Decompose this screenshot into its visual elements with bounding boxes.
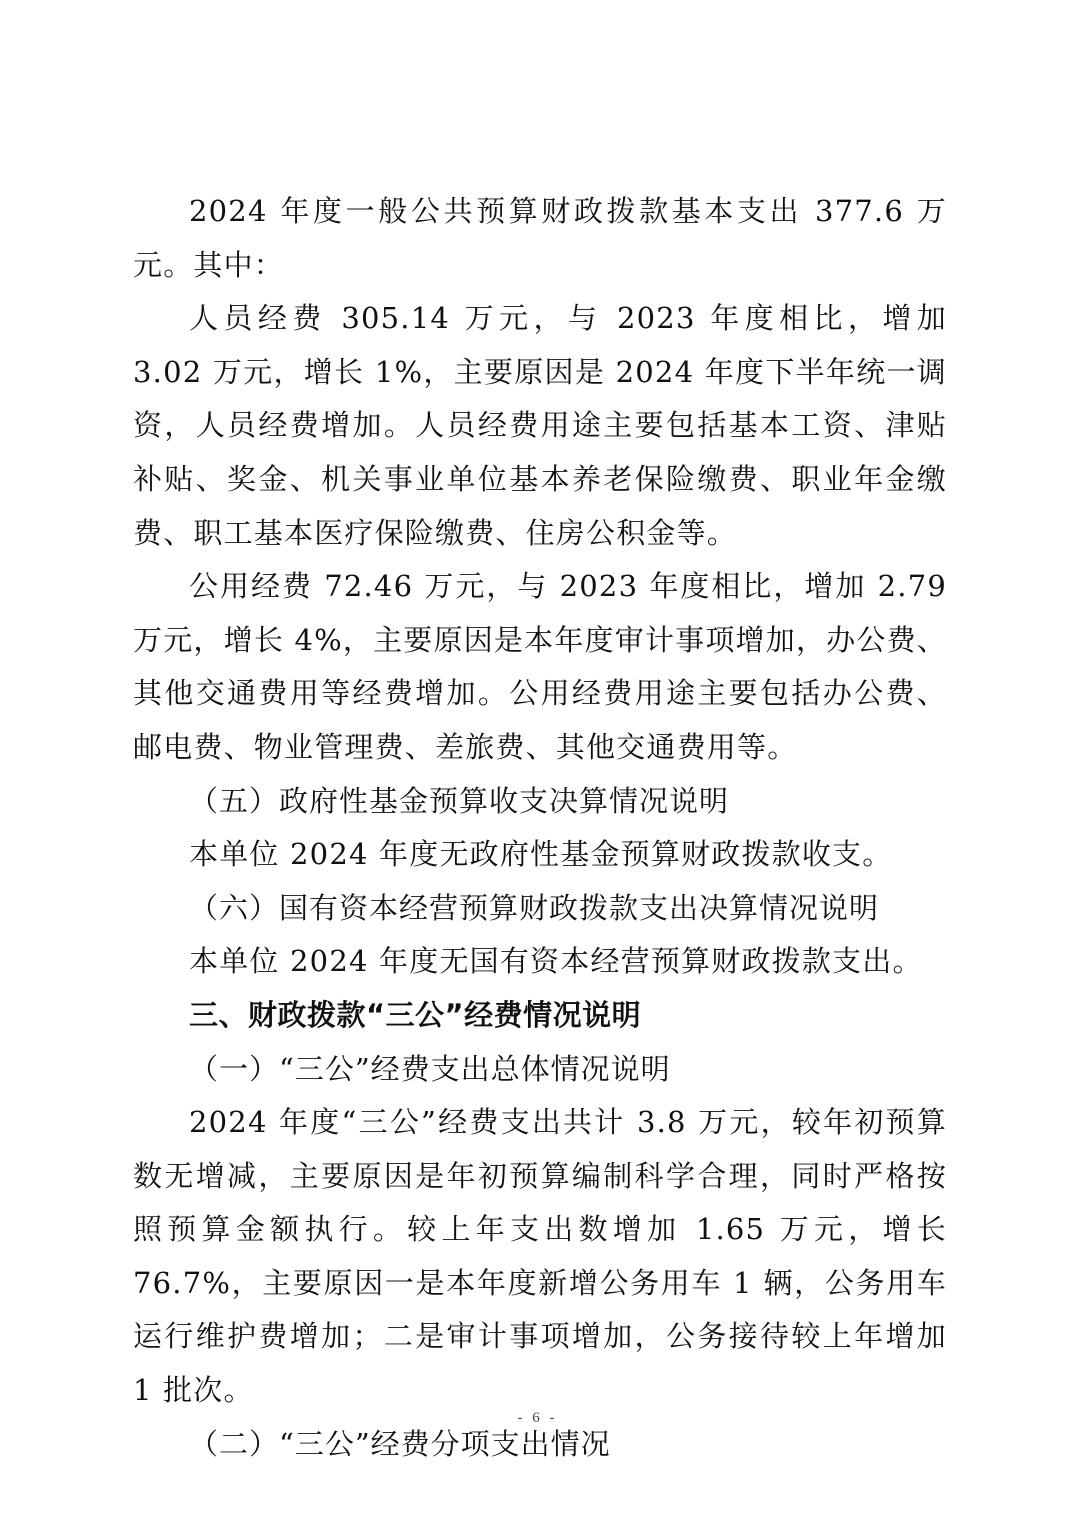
paragraph-government-fund: 本单位 2024 年度无政府性基金预算财政拨款收支。 (133, 828, 947, 882)
paragraph-state-capital: 本单位 2024 年度无国有资本经营预算财政拨款支出。 (133, 935, 947, 989)
document-page: 2024 年度一般公共预算财政拨款基本支出 377.6 万元。其中： 人员经费 … (0, 0, 1075, 1520)
document-body: 2024 年度一般公共预算财政拨款基本支出 377.6 万元。其中： 人员经费 … (133, 185, 947, 1471)
paragraph-public-expenses: 公用经费 72.46 万元，与 2023 年度相比，增加 2.79 万元，增长 … (133, 560, 947, 774)
section-heading-three-public-overall: （一）“三公”经费支出总体情况说明 (133, 1043, 947, 1097)
chapter-heading-three-public: 三、财政拨款“三公”经费情况说明 (133, 989, 947, 1043)
paragraph-personnel-expenses: 人员经费 305.14 万元，与 2023 年度相比，增加 3.02 万元，增长… (133, 292, 947, 560)
page-number: - 6 - (0, 1410, 1075, 1427)
paragraph-basic-expenditure: 2024 年度一般公共预算财政拨款基本支出 377.6 万元。其中： (133, 185, 947, 292)
paragraph-three-public-overall: 2024 年度“三公”经费支出共计 3.8 万元，较年初预算数无增减，主要原因是… (133, 1096, 947, 1418)
section-heading-government-fund: （五）政府性基金预算收支决算情况说明 (133, 775, 947, 829)
section-heading-state-capital: （六）国有资本经营预算财政拨款支出决算情况说明 (133, 882, 947, 936)
